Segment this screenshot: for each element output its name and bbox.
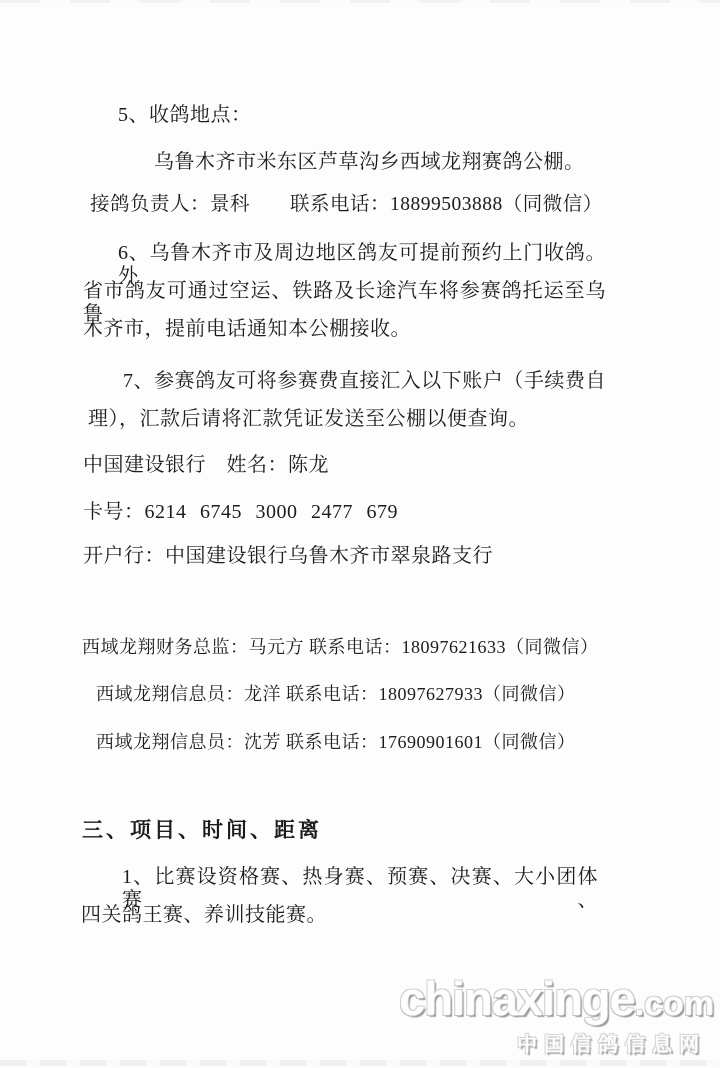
info-clerk-contact-line-1: 西域龙翔信息员：龙洋 联系电话：18097627933（同微信） (96, 684, 576, 705)
scan-artifact-bottom (0, 1060, 720, 1066)
collection-address: 乌鲁木齐市米东区芦草沟乡西域龙翔赛鸽公棚。 (154, 151, 585, 174)
bank-card-number-line: 卡号：6214 6745 3000 2477 679 (83, 501, 398, 524)
bank-and-account-name-line: 中国建设银行 姓名：陈龙 (83, 454, 329, 477)
item7-paragraph-line-2: 理），汇款后请将汇款凭证发送至公棚以便查询。 (88, 408, 529, 431)
watermark-tld: .com (635, 985, 714, 1023)
scan-artifact-top (0, 0, 720, 3)
section3-heading: 三、项目、时间、距离 (82, 818, 322, 842)
watermark-brand: chinaxinge (399, 972, 635, 1025)
item7-paragraph-line-1: 7、参赛鸽友可将参赛费直接汇入以下账户（手续费自 (123, 370, 606, 393)
info-clerk-contact-line-2: 西域龙翔信息员：沈芳 联系电话：17690901601（同微信） (96, 732, 576, 753)
bank-branch-line: 开户行：中国建设银行乌鲁木齐市翠泉路支行 (83, 545, 493, 568)
item5-heading: 5、收鸽地点： (118, 104, 252, 127)
watermark-site-name: 中国信鸽信息网 (399, 1028, 714, 1057)
receiver-contact-line: 接鸽负责人：景科 联系电话：18899503888（同微信） (90, 194, 603, 216)
item6-paragraph-line-3: 木齐市，提前电话通知本公棚接收。 (83, 318, 411, 341)
site-watermark: chinaxinge.com 中国信鸽信息网 (399, 971, 714, 1057)
scanned-document-page: 5、收鸽地点： 乌鲁木齐市米东区芦草沟乡西域龙翔赛鸽公棚。 接鸽负责人：景科 联… (0, 0, 720, 1068)
section3-item1-line-2: 四关鸽王赛、养训技能赛。 (81, 904, 327, 927)
finance-director-contact-line: 西域龙翔财务总监：马元方 联系电话：18097621633（同微信） (82, 637, 599, 658)
watermark-domain: chinaxinge.com (399, 971, 714, 1026)
